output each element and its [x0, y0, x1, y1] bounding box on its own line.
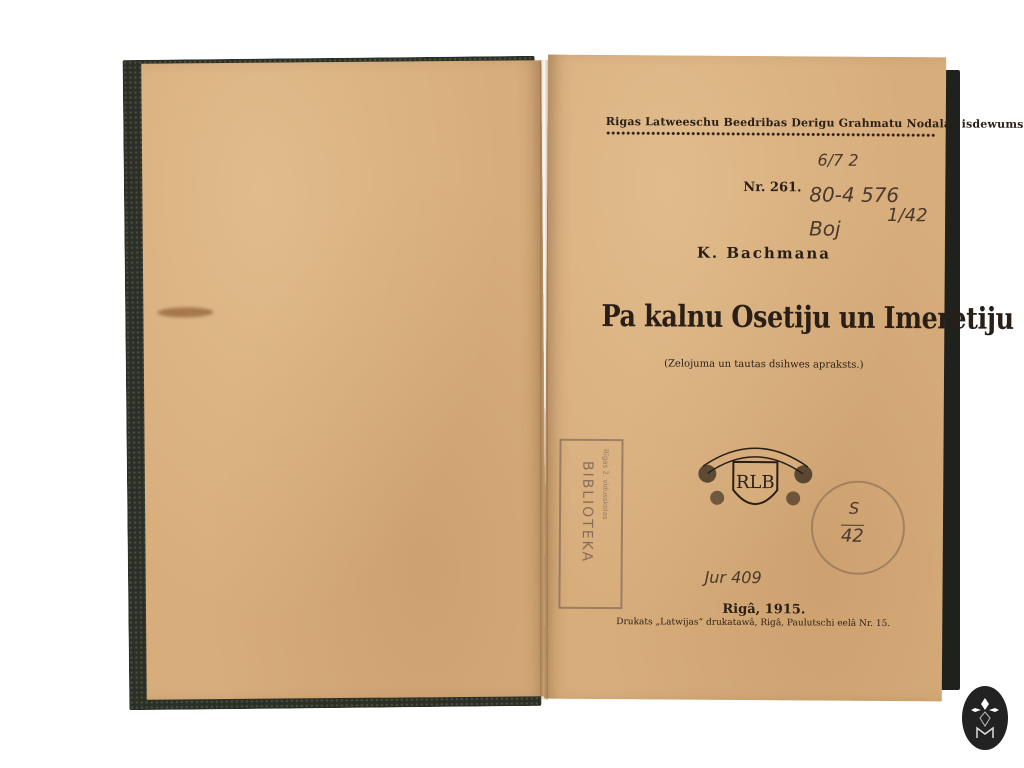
watermark-logo-icon [962, 686, 1008, 750]
book-gutter [540, 60, 548, 700]
left-endpaper [141, 60, 547, 699]
place-year: Rigâ, 1915. [722, 602, 805, 618]
circle-stamp-top: S [849, 499, 859, 518]
stain-mark [157, 307, 213, 317]
publisher-emblem-icon: RLB [695, 440, 816, 521]
handwritten-top-right: 6/7 2 [817, 151, 858, 170]
handwritten-side: 1/42 [887, 205, 928, 226]
library-stamp-line1: Rīgas 2. vidusskolas [601, 449, 609, 520]
author: K. Bachmana [697, 244, 831, 263]
book-title: Pa kalnu Osetiju un Imeretiju [601, 299, 1014, 337]
circle-stamp: S 42 [811, 480, 906, 575]
library-stamp-line2: BIBLIOTEKA [579, 461, 596, 563]
circle-stamp-bottom: 42 [841, 525, 864, 547]
dotted-rule [606, 131, 936, 137]
book-subtitle: (Zelojuma un tautas dsihwes apraksts.) [664, 358, 863, 370]
series-number: Nr. 261. [743, 180, 801, 195]
handwritten-shelf: Boj [809, 216, 841, 240]
handwritten-call-number: 80-4 576 [809, 182, 899, 207]
library-stamp: Rīgas 2. vidusskolas BIBLIOTEKA [558, 439, 623, 609]
title-page: Rigas Latweeschu Beedribas Derigu Grahma… [544, 55, 946, 702]
emblem-monogram: RLB [736, 472, 775, 493]
printer-line: Drukats „Latwijas“ drukatawâ, Rigâ, Paul… [616, 617, 890, 629]
handwritten-inventory: Jur 409 [705, 568, 762, 587]
publisher-line: Rigas Latweeschu Beedribas Derigu Grahma… [606, 115, 1024, 131]
